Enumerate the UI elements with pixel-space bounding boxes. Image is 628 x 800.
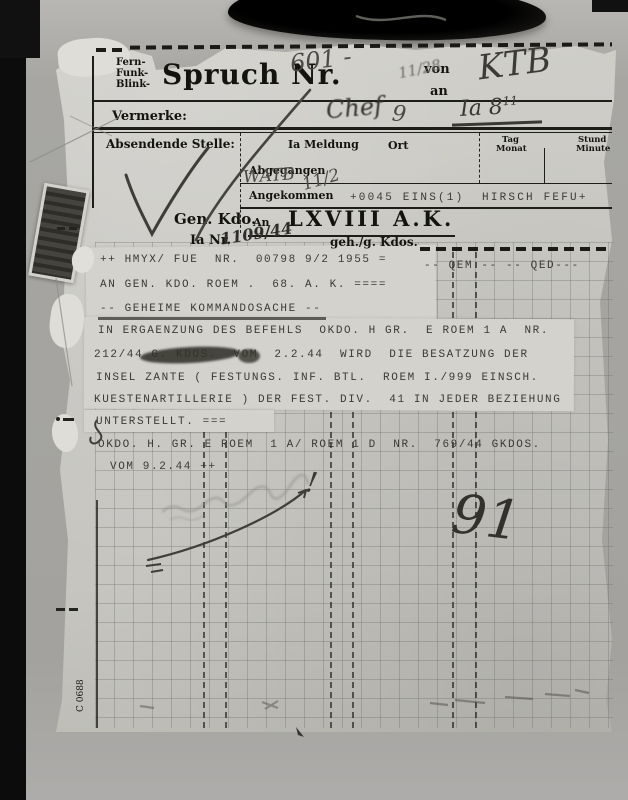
bottom-faint-marks — [430, 690, 589, 705]
crease-line — [30, 118, 118, 162]
clip-squiggle — [356, 16, 446, 20]
faint-pencil-note — [162, 475, 308, 512]
bottom-ink-fleck — [296, 727, 304, 737]
bottom-faint-marks — [140, 701, 278, 709]
scribble-mark — [90, 420, 101, 443]
scanned-document: { "header": { "channels": ["Fern-", "Fun… — [0, 0, 628, 800]
crease-line — [70, 116, 112, 136]
swoop-base-dash — [146, 564, 163, 572]
pencil-smudge — [140, 344, 241, 365]
vermerke-slash-stroke — [196, 90, 310, 240]
checkmark-stroke — [126, 148, 208, 234]
crease-line — [56, 278, 72, 386]
pencil-smudge — [238, 349, 260, 363]
handwriting-strokes — [0, 0, 628, 800]
swoop-arrow-stroke — [148, 490, 306, 560]
faint-pencil-note — [170, 515, 204, 520]
